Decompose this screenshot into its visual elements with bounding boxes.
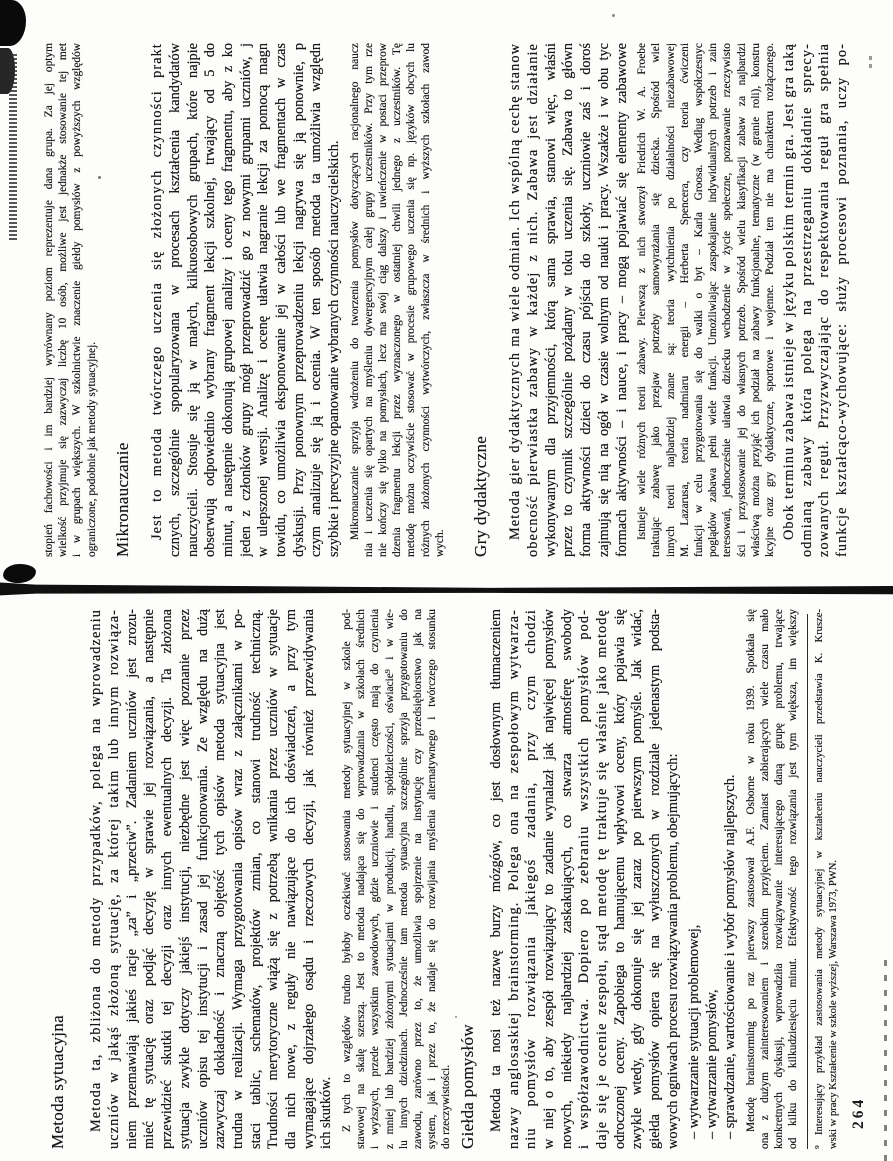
heading-text: Gry dydaktyczne [471, 43, 491, 557]
text-line: szybkie i precyzyjne opanowanie wybranyc… [326, 43, 344, 557]
text-line: Mikronauczanie sprzyja wdrożeniu do twor… [348, 43, 362, 557]
text-line: ograniczone, podobnie jak metody sytuacy… [85, 43, 99, 557]
text-line: i wyższych, przede wszystkim zawodowych,… [368, 609, 382, 1149]
rotated-scan-sheet: Metoda sytuacyjnaMetoda ta, zbliżona do … [0, 0, 893, 1161]
text-line: staci tablic, schematów, projektów zmian… [248, 609, 266, 1149]
right-page: stopień fachowości i im bardziej wyrówna… [0, 43, 893, 557]
text-line: wymagające dojrzałego osądu i rzeczowych… [301, 609, 319, 1149]
text-line: Istnieje wiele różnych teorii zabawy. Pi… [635, 43, 649, 557]
text-line: w ulepszonej wersji. Analizę i ocenę uła… [255, 43, 273, 557]
left-page-text: Metoda sytuacyjnaMetoda ta, zbliżona do … [48, 609, 844, 1149]
text-line: uczniów opisu tej instytucji i zasad jej… [195, 609, 213, 1149]
text-line: Z tych to względów trudno byłoby oczekiw… [340, 609, 354, 1149]
text-block-body: Metoda ta nosi też nazwę burzy mózgów, c… [488, 609, 683, 1149]
text-block-body: Obok terminu zabawa istnieje w języku po… [781, 43, 852, 557]
text-line: system, jak i przez to, że nadaje się do… [425, 609, 439, 1149]
text-line: wykonywanym dla przyjemności, którą sama… [543, 43, 561, 557]
section-heading: Gry dydaktyczne [471, 43, 491, 557]
text-line: stawowej na skalę szerszą. Jest to metod… [354, 609, 368, 1149]
text-line: traktując zabawę jako przejaw potrzeby s… [649, 43, 663, 557]
text-line: nie kończy się tylko na pomysłach, lecz … [376, 43, 390, 557]
text-line: mieć tę sytuację oraz podjąć decyzję w s… [141, 609, 159, 1149]
text-line: kcyjne oraz gry dydaktyczne, sportowe i … [763, 43, 777, 557]
text-line: przez to czynnik szczególnie pożądany w … [560, 43, 578, 557]
text-line: od kilku do kilkudziesięciu minut. Efekt… [786, 609, 800, 1149]
text-block-small: stopień fachowości i im bardziej wyrówna… [42, 43, 99, 557]
text-block-body: Metoda gier dydaktycznych ma wiele odmia… [507, 43, 631, 557]
text-line: czym analizuje się ją i ocenia. W ten sp… [308, 43, 326, 557]
text-block-body: Metoda ta, zbliżona do metody przypadków… [88, 609, 336, 1149]
text-block-small: Metodę brainstorming po raz pierwszy zas… [744, 609, 801, 1149]
text-line: lu innych dziedzinach. Jednocześnie tam … [397, 609, 411, 1149]
section-heading: Metoda sytuacyjna [48, 609, 68, 1149]
left-page: Metoda sytuacyjnaMetoda ta, zbliżona do … [0, 609, 893, 1149]
text-line: obserwują odpowiednio wybrany fragment l… [202, 43, 220, 557]
text-line: dyskusji. Przy ponownym przeprowadzeniu … [291, 43, 309, 557]
text-line: nowych, niekiedy najbardziej zaskakujący… [559, 609, 577, 1149]
text-line: zawodu, zarówno przez to, że umożliwia s… [411, 609, 425, 1149]
text-line: daje się je ocenie zespołu, stąd metodę … [594, 609, 612, 1149]
section-heading: Mikronauczanie [113, 43, 133, 557]
text-block-list: – wytwarzanie sytuacji problemowej,– wyt… [686, 609, 739, 1149]
text-line: funkcji w celu przygotowania się do walk… [692, 43, 706, 557]
text-line: sytuacja zwykle dotyczy jakiejś instytuc… [177, 609, 195, 1149]
text-line: formach aktywności – i nauce, i pracy – … [614, 43, 632, 557]
text-line: poglądów zabawa pełni wiele funkcji. Umo… [706, 43, 720, 557]
text-line: niem przemawiają jakieś racje „za” i „pr… [124, 609, 142, 1149]
text-line: uczniów w jakąś złożoną sytuację, za któ… [106, 609, 124, 1149]
text-line: metodę można oczywiście stosować w proce… [404, 43, 418, 557]
text-line: ści i przystosowanie jej do własnych pot… [735, 43, 749, 557]
scanned-book-spread: Metoda sytuacyjnaMetoda ta, zbliżona do … [0, 0, 893, 1161]
heading-text: Mikronauczanie [113, 43, 133, 557]
text-line: Metoda gier dydaktycznych ma wiele odmia… [507, 43, 525, 557]
text-line: ona z dużym zainteresowaniem i szerokim … [758, 609, 772, 1149]
text-line: forma aktywności dzieci do czasu pójścia… [578, 43, 596, 557]
text-line: Metoda ta nosi też nazwę burzy mózgów, c… [488, 609, 506, 1149]
text-line: wielkość przyjmuje się zazwyczaj liczbę … [56, 43, 70, 557]
text-line: towidu, co umożliwia eksponowanie jej w … [273, 43, 291, 557]
text-line: do rzeczywistości. [439, 609, 453, 1149]
text-line: odmianą zabawy która polega na przestrze… [799, 43, 817, 557]
text-block-footnote: ⁹ Interesujący przykład zastosowania met… [813, 609, 840, 1149]
text-line: ⁹ Interesujący przykład zastosowania met… [813, 609, 826, 1149]
text-line: nauczycieli. Stosuje się ją w małych, ki… [185, 43, 203, 557]
text-line: w niej o to, aby zespół rozwiązujący to … [541, 609, 559, 1149]
text-line: Obok terminu zabawa istnieje w języku po… [781, 43, 799, 557]
text-line: minut, a następnie dokonują grupowej ana… [220, 43, 238, 557]
text-line: – sprawdzanie, wartościowanie i wybór po… [722, 609, 740, 1149]
heading-text: Giełda pomysłów [458, 609, 478, 1149]
right-page-text: stopień fachowości i im bardziej wyrówna… [42, 43, 856, 557]
text-line: zazwyczaj dokładność i znaczną objętość … [212, 609, 230, 1149]
text-block-small: Z tych to względów trudno byłoby oczekiw… [340, 609, 454, 1149]
text-line: wowych ogniwach procesu rozwiązywania pr… [665, 609, 683, 1149]
text-line: zajmują się nią na ogół w czasie wolnym … [596, 43, 614, 557]
text-line: wski w pracy Kształcenie w szkole wyższe… [827, 609, 840, 1149]
text-line: giełda pomysłów opiera się na wyłuszczon… [647, 609, 665, 1149]
section-heading: Giełda pomysłów [458, 609, 478, 1149]
text-line: Trudności merytoryczne wiążą się z potrz… [265, 609, 283, 1149]
text-block-small: Mikronauczanie sprzyja wdrożeniu do twor… [348, 43, 447, 557]
text-line: funkcje kształcąco-wychowujące: służy pr… [834, 43, 852, 557]
text-block-body: Jest to metoda twórczego uczenia się zło… [149, 43, 344, 557]
text-line: Metoda ta, zbliżona do metody przypadków… [88, 609, 106, 1149]
text-line: dla nich nowe, z reguły nie nawiązujące … [283, 609, 301, 1149]
text-line: Jest to metoda twórczego uczenia się zło… [149, 43, 167, 557]
text-line: nia i uczenia się opartych na myśleniu d… [362, 43, 376, 557]
text-block-small: Istnieje wiele różnych teorii zabawy. Pi… [635, 43, 777, 557]
text-line: Metodę brainstorming po raz pierwszy zas… [744, 609, 758, 1149]
text-line: z mniej lub bardziej złożonymi sytuacjam… [383, 609, 397, 1149]
heading-text: Metoda sytuacyjna [48, 609, 68, 1149]
text-line: właściwą można przyjąć ich podział na za… [749, 43, 763, 557]
text-line: zowanych reguł. Przyzwyczajając do respe… [816, 43, 834, 557]
text-line: dzenia fragmentu lekcji przez wyznaczone… [390, 43, 404, 557]
text-line: zwykle wtedy, gdy dokonuje się jej zaraz… [629, 609, 647, 1149]
text-line: jeden z członków grupy mógł przeprowadzi… [238, 43, 256, 557]
text-line: wych. [433, 43, 447, 557]
text-line: niu pomysłów rozwiązania jakiegoś zadani… [523, 609, 541, 1149]
footnote-rule [807, 614, 808, 1149]
text-line: przewidzieć skutki tej decyzji oraz inny… [159, 609, 177, 1149]
text-line: innych teorii najbardziej znane są: teor… [664, 43, 678, 557]
text-line: – wytwarzanie sytuacji problemowej, [686, 609, 704, 1149]
text-line: konkretnych dyskusji, wprowadziła rozwią… [772, 609, 786, 1149]
page-number: 264 [850, 1097, 868, 1129]
text-line: stopień fachowości i im bardziej wyrówna… [42, 43, 56, 557]
text-line: ich skutków. [318, 609, 336, 1149]
text-line: trudna w realizacji. Wymaga przygotowani… [230, 609, 248, 1149]
text-line: różnych złożonych czynności wytwórczych,… [419, 43, 433, 557]
text-line: i współzawodnictwa. Dopiero po zebraniu … [576, 609, 594, 1149]
text-line: cznych, szczególnie spopularyzowana w pr… [167, 43, 185, 557]
text-line: obecność pierwiastka zabawy w każdej z n… [525, 43, 543, 557]
text-line: odroczonej oceny. Zapobiega to hamującem… [612, 609, 630, 1149]
text-line: nazwy anglosaskiej brainstorming. Polega… [506, 609, 524, 1149]
text-line: i w grupach większych. W szkolnictwie zn… [70, 43, 84, 557]
text-line: teresowań, jednocześnie ułatwia dziecku … [720, 43, 734, 557]
text-line: M. Lazarusa, teoria nadmiaru energii – H… [678, 43, 692, 557]
text-line: – wytwarzanie pomysłów, [704, 609, 722, 1149]
